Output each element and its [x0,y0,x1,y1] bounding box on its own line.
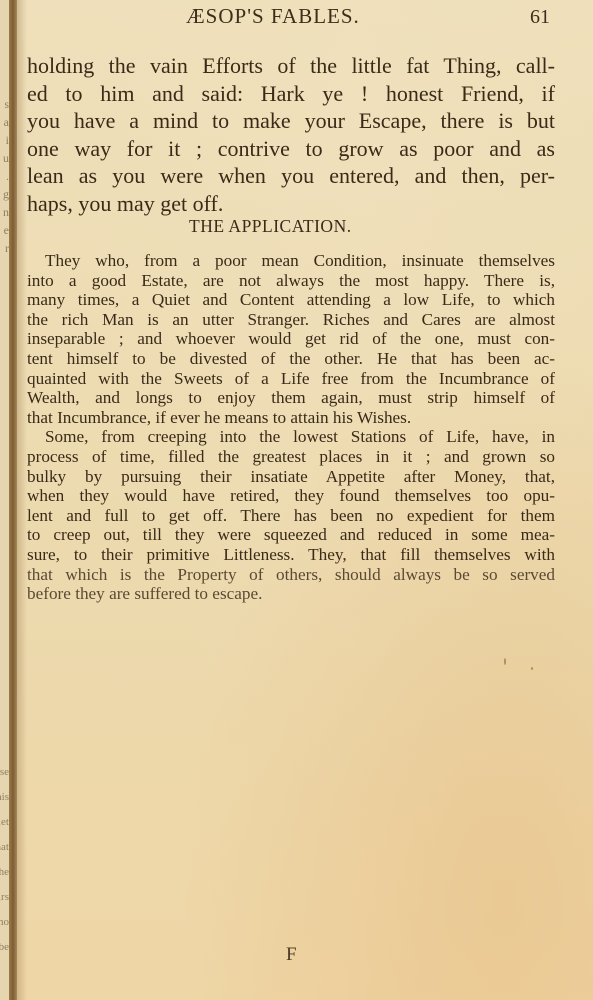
text-line: Some, from creeping into the lowest Stat… [27,427,555,447]
text-line: to creep out, till they were squeezed an… [27,525,555,545]
section-heading: THE APPLICATION. [189,216,352,237]
text-line: inseparable ; and whoever would get rid … [27,329,555,349]
text-line: lean as you were when you entered, and t… [27,162,555,190]
running-head: ÆSOP'S FABLES. 61 [0,4,593,36]
bleed-fragment: he [0,860,9,885]
page-number: 61 [530,6,550,29]
text-line: ed to him and said: Hark ye ! honest Fri… [27,80,555,108]
text-line: bulky by pursuing their insatiate Appeti… [27,467,555,487]
application-text: They who, from a poor mean Condition, in… [27,251,555,604]
text-line: many times, a Quiet and Content attendin… [27,290,555,310]
bleed-fragment: rs, [0,885,9,910]
bleed-fragment: u [0,149,9,167]
bleed-fragment: s [0,95,9,113]
bleed-fragment: hat [0,835,9,860]
text-line: that which is the Property of others, sh… [27,565,555,585]
text-line: into a good Estate, are not always the m… [27,271,555,291]
text-line: quainted with the Sweets of a Life free … [27,369,555,389]
bleed-fragment: a [0,113,9,131]
text-line: you have a mind to make your Escape, the… [27,107,555,135]
running-title: ÆSOP'S FABLES. [186,4,360,29]
text-line: Wealth, and longs to enjoy them again, m… [27,388,555,408]
book-gutter [9,0,17,1000]
bleed-fragment: e [0,221,9,239]
bleed-fragment: r [0,239,9,257]
bleed-fragment: be [0,935,9,960]
text-line: when they would have retired, they found… [27,486,555,506]
signature-mark: F [286,944,297,966]
bleed-fragment: se, [0,760,9,785]
bleed-fragment: i [0,131,9,149]
bleed-fragment: n [0,203,9,221]
bleed-fragment: mo [0,910,9,935]
text-line: one way for it ; contrive to grow as poo… [27,135,555,163]
text-line: that Incumbrance, if ever he means to at… [27,408,555,428]
text-line: tent himself to be divested of the other… [27,349,555,369]
text-line: before they are suffered to escape. [27,584,555,604]
bleed-fragment: g [0,185,9,203]
paper-speck [531,667,533,670]
text-line: holding the vain Efforts of the little f… [27,52,555,80]
text-line: They who, from a poor mean Condition, in… [27,251,555,271]
text-line: process of time, filled the greatest pla… [27,447,555,467]
bleed-fragment: et, [0,810,9,835]
bleed-fragment: his [0,785,9,810]
text-line: the rich Man is an utter Stranger. Riche… [27,310,555,330]
facing-page-text-bottom: se, his et, hat he rs, mo be [0,760,9,960]
gutter-shadow [17,0,27,1000]
text-line: haps, you may get off. [27,190,555,218]
paper-speck [504,658,506,665]
book-page: s a i u . g n e r se, his et, hat he rs,… [0,0,593,1000]
text-line: sure, to their primitive Littleness. The… [27,545,555,565]
fable-text: holding the vain Efforts of the little f… [27,52,555,217]
bleed-fragment: . [0,167,9,185]
text-line: lent and full to get off. There has been… [27,506,555,526]
facing-page-text-top: s a i u . g n e r [0,95,9,257]
